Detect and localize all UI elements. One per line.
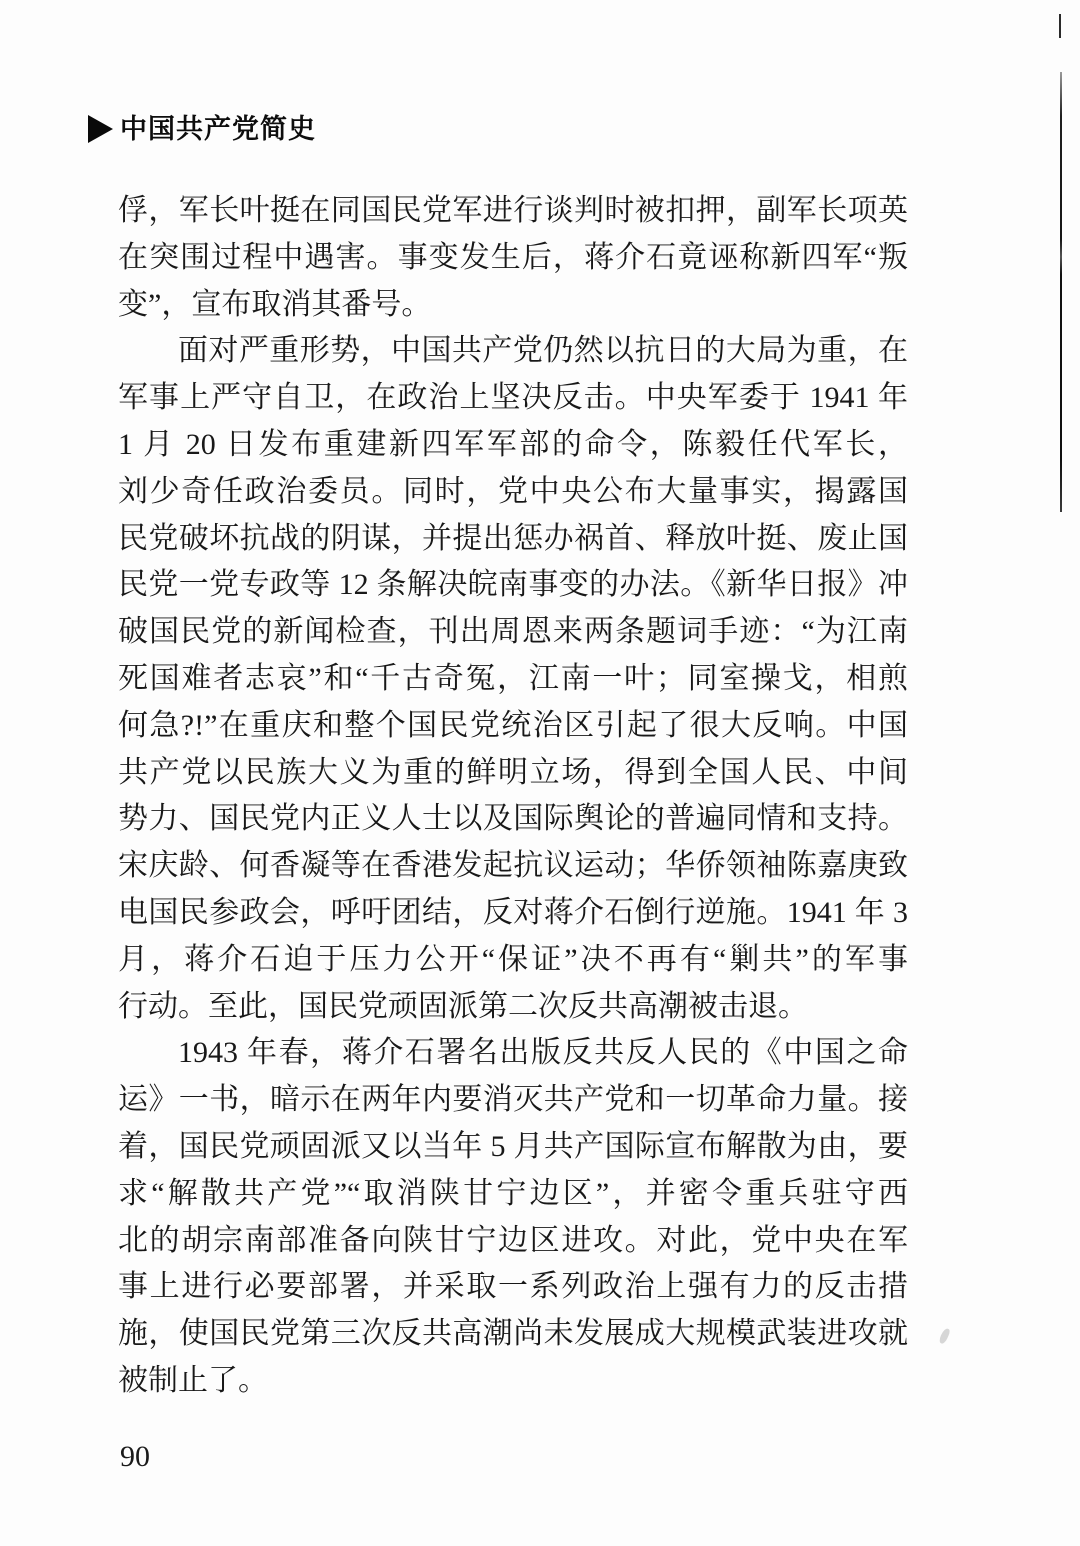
body-text: 俘，军长叶挺在同国民党军进行谈判时被扣押，副军长项英在突围过程中遇害。事变发生后… bbox=[118, 188, 908, 1405]
text-line: 运》一书，暗示在两年内要消灭共产党和一切革命力量。接 bbox=[118, 1077, 908, 1124]
text-line: 势力、国民党内正义人士以及国际舆论的普遍同情和支持。 bbox=[118, 796, 908, 843]
book-title: 中国共产党简史 bbox=[120, 114, 316, 143]
text-line: 事上进行必要部署，并采取一系列政治上强有力的反击措 bbox=[118, 1264, 908, 1311]
text-line: 宋庆龄、何香凝等在香港发起抗议运动；华侨领袖陈嘉庚致 bbox=[118, 843, 908, 890]
text-line: 刘少奇任政治委员。同时，党中央公布大量事实，揭露国 bbox=[118, 469, 908, 516]
text-line: 何急?!”在重庆和整个国民党统治区引起了很大反响。中国 bbox=[118, 703, 908, 750]
text-line: 被制止了。 bbox=[118, 1358, 908, 1405]
text-line: 民党破坏抗战的阴谋，并提出惩办祸首、释放叶挺、废止国 bbox=[118, 516, 908, 563]
text-line: 电国民参政会，呼吁团结，反对蒋介石倒行逆施。1941 年 3 bbox=[118, 890, 908, 937]
text-line: 死国难者志哀”和“千古奇冤，江南一叶；同室操戈，相煎 bbox=[118, 656, 908, 703]
text-line: 在突围过程中遇害。事变发生后，蒋介石竟诬称新四军“叛 bbox=[118, 235, 908, 282]
text-line: 1943 年春，蒋介石署名出版反共反人民的《中国之命 bbox=[118, 1030, 908, 1077]
scan-artifact-line bbox=[1060, 72, 1062, 512]
text-line: 破国民党的新闻检查，刊出周恩来两条题词手迹：“为江南 bbox=[118, 609, 908, 656]
page-number: 90 bbox=[120, 1440, 150, 1474]
running-head: 中国共产党简史 bbox=[88, 114, 316, 143]
book-page: 中国共产党简史 俘，军长叶挺在同国民党军进行谈判时被扣押，副军长项英在突围过程中… bbox=[0, 0, 1080, 1546]
text-line: 求“解散共产党”“取消陕甘宁边区”，并密令重兵驻守西 bbox=[118, 1171, 908, 1218]
text-line: 1 月 20 日发布重建新四军军部的命令，陈毅任代军长， bbox=[118, 422, 908, 469]
text-line: 着，国民党顽固派又以当年 5 月共产国际宣布解散为由，要 bbox=[118, 1124, 908, 1171]
text-line: 面对严重形势，中国共产党仍然以抗日的大局为重，在 bbox=[118, 328, 908, 375]
right-triangle-icon bbox=[88, 115, 113, 143]
text-line: 月，蒋介石迫于压力公开“保证”决不再有“剿共”的军事 bbox=[118, 937, 908, 984]
text-line: 军事上严守自卫，在政治上坚决反击。中央军委于 1941 年 bbox=[118, 375, 908, 422]
scan-smudge bbox=[938, 1327, 951, 1344]
text-line: 行动。至此，国民党顽固派第二次反共高潮被击退。 bbox=[118, 984, 908, 1031]
scan-artifact-dash bbox=[1059, 14, 1061, 38]
text-line: 施，使国民党第三次反共高潮尚未发展成大规模武装进攻就 bbox=[118, 1311, 908, 1358]
text-line: 共产党以民族大义为重的鲜明立场，得到全国人民、中间 bbox=[118, 750, 908, 797]
text-line: 变”，宣布取消其番号。 bbox=[118, 282, 908, 329]
text-line: 俘，军长叶挺在同国民党军进行谈判时被扣押，副军长项英 bbox=[118, 188, 908, 235]
text-line: 民党一党专政等 12 条解决皖南事变的办法。《新华日报》冲 bbox=[118, 562, 908, 609]
text-line: 北的胡宗南部准备向陕甘宁边区进攻。对此，党中央在军 bbox=[118, 1218, 908, 1265]
